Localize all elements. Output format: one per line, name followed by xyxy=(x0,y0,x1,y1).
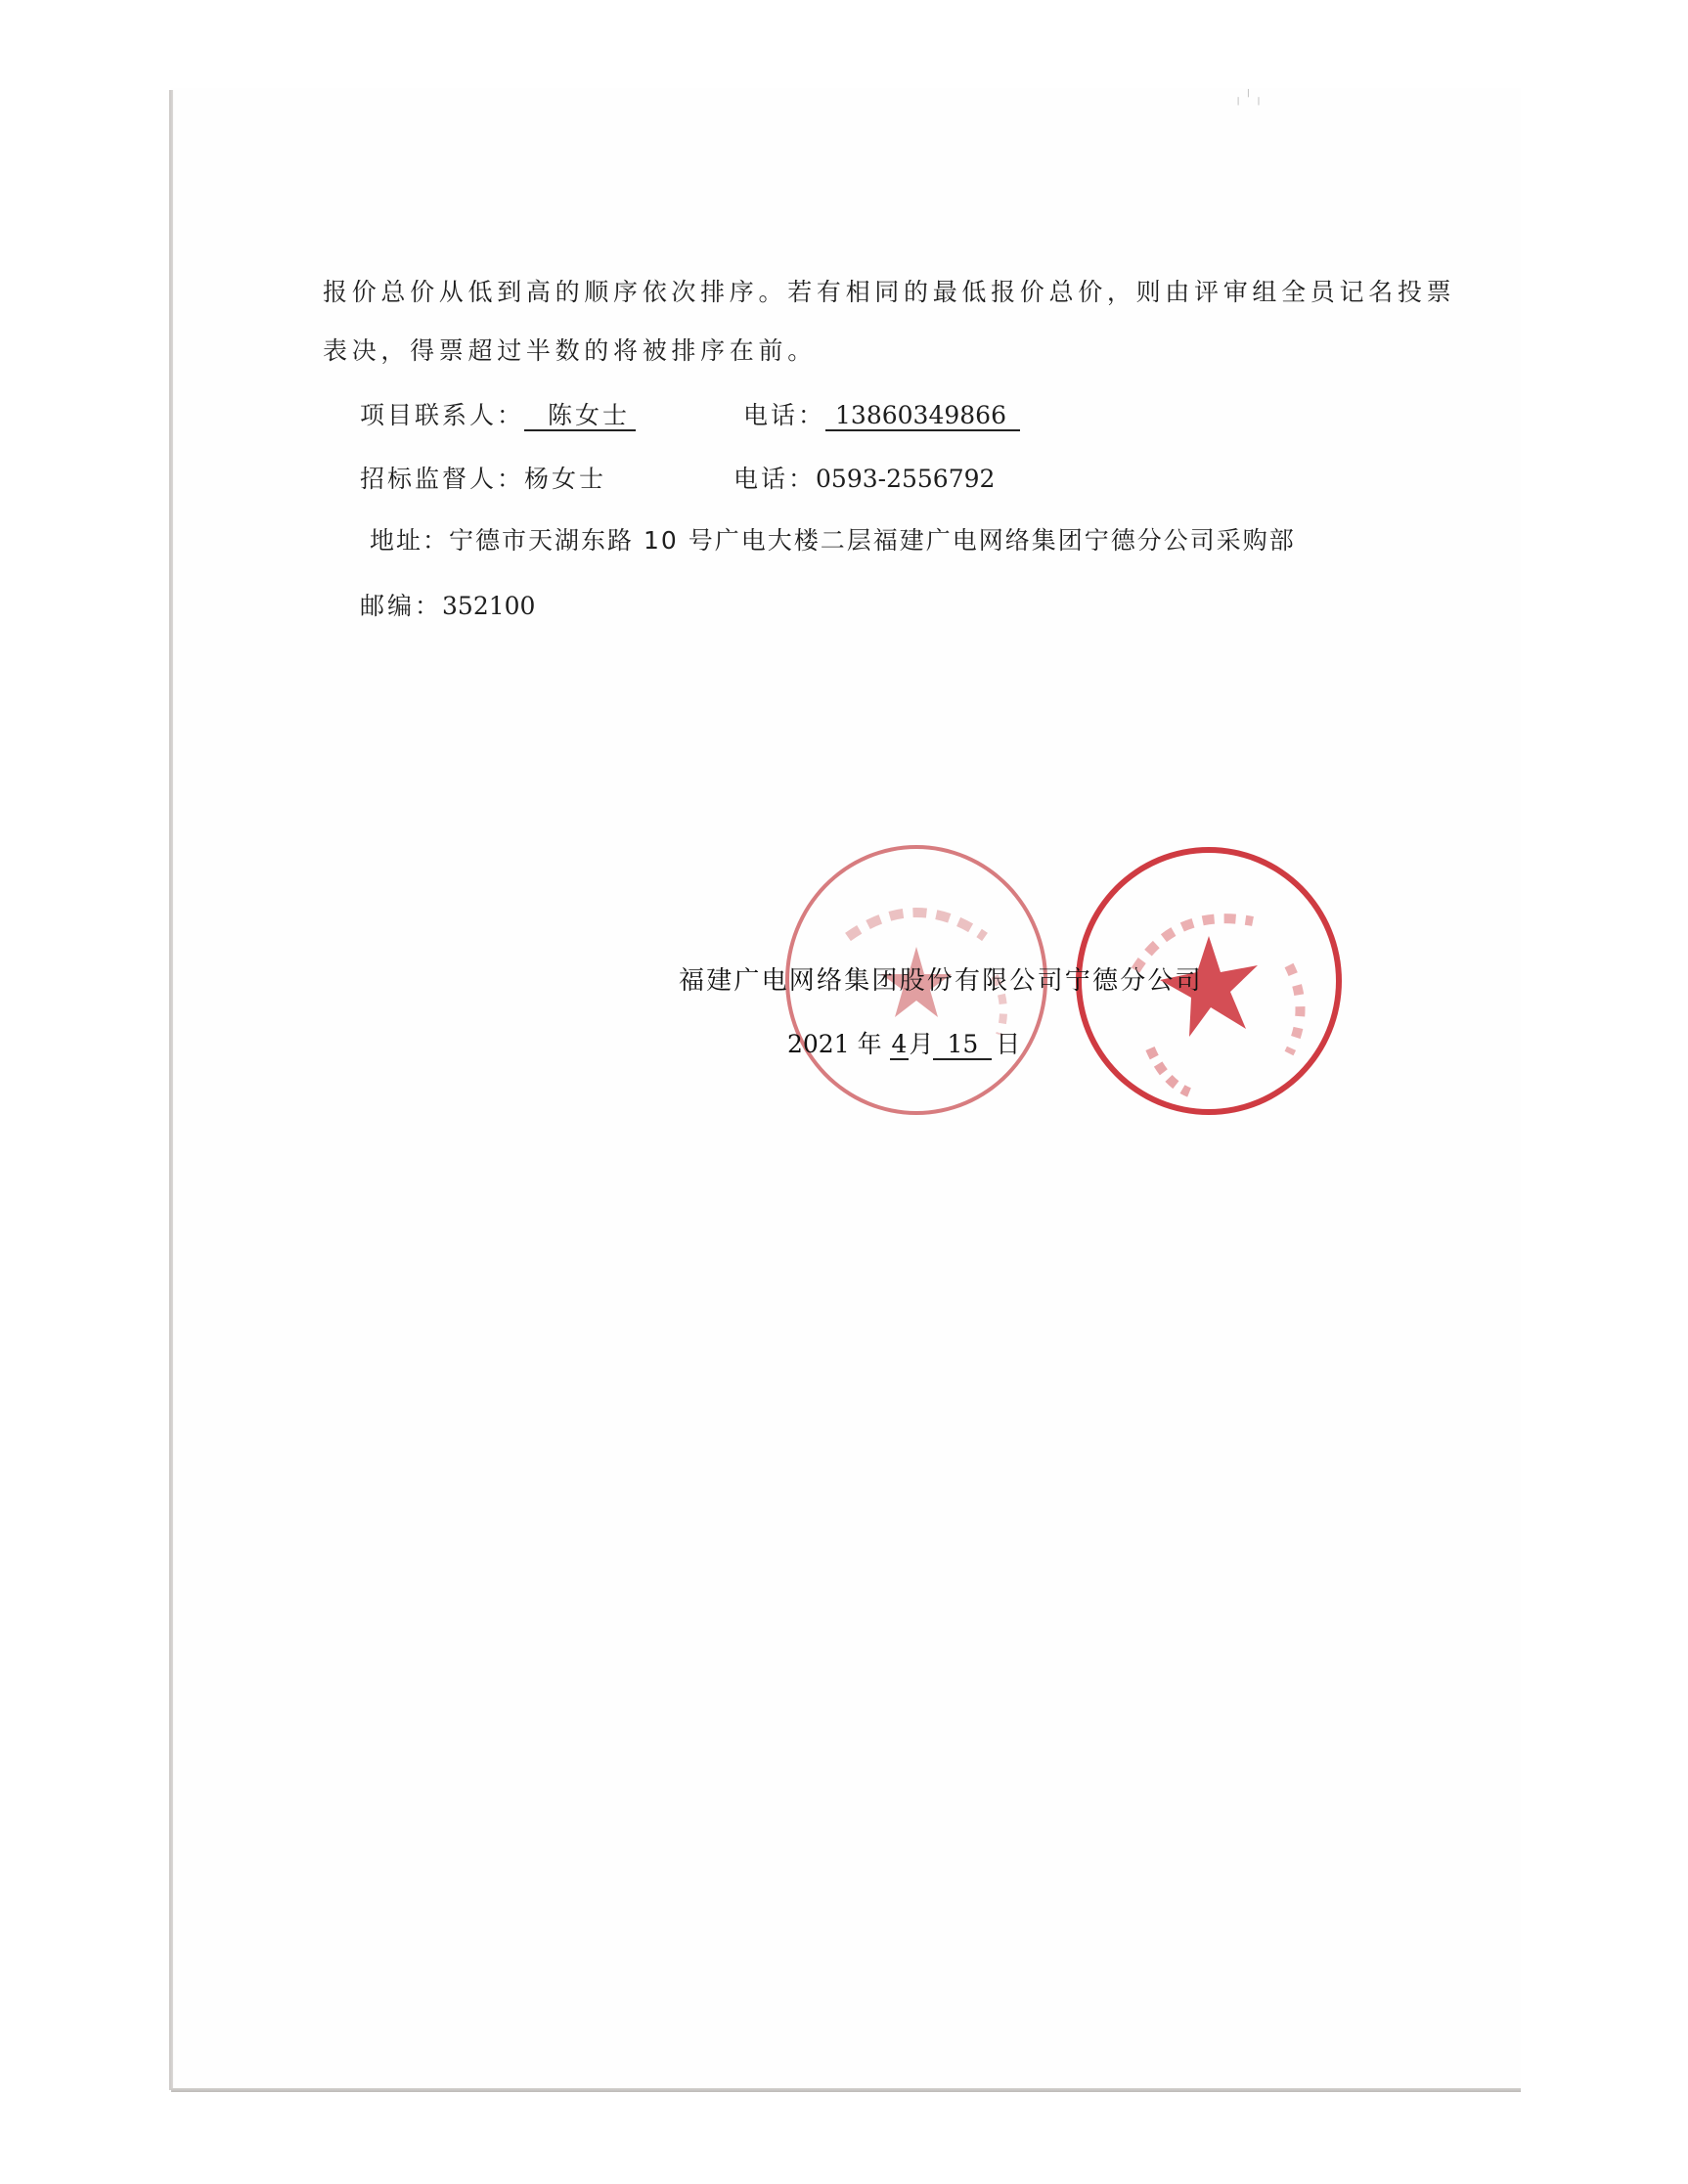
project-contact-label: 项目联系人： xyxy=(360,401,524,429)
date-day-suffix: 日 xyxy=(996,1030,1020,1058)
date-month-suffix: 月 xyxy=(909,1030,933,1058)
address-value: 宁德市天湖东路 10 号广电大楼二层福建广电网络集团宁德分公司采购部 xyxy=(449,526,1296,555)
project-contact-phone-row: 电话：13860349866 xyxy=(743,400,1020,431)
signature-date: 2021 年 4月15日 xyxy=(787,1029,1020,1060)
project-contact-phone-label: 电话： xyxy=(743,401,825,429)
date-day: 15 xyxy=(933,1031,992,1060)
postcode-label: 邮编： xyxy=(360,592,442,620)
supervisor-name: 杨女士 xyxy=(524,465,606,493)
supervisor-phone: 0593-2556792 xyxy=(816,465,995,493)
scan-artifact: ╷╵╷ xyxy=(1234,90,1254,110)
company-signature: 福建广电网络集团股份有限公司宁德分公司 xyxy=(679,965,1203,997)
paragraph-line-2: 表决，得票超过半数的将被排序在前。 xyxy=(323,335,817,367)
supervisor-phone-row: 电话：0593-2556792 xyxy=(733,464,995,495)
supervisor-phone-label: 电话： xyxy=(733,465,816,493)
paragraph-line-1: 报价总价从低到高的顺序依次排序。若有相同的最低报价总价，则由评审组全员记名投票 xyxy=(323,277,1455,308)
address-row: 地址：宁德市天湖东路 10 号广电大楼二层福建广电网络集团宁德分公司采购部 xyxy=(370,525,1296,557)
page-edge-left xyxy=(169,90,173,2090)
date-year-suffix: 年 xyxy=(858,1030,882,1058)
project-contact-name: 陈女士 xyxy=(524,402,636,431)
postcode-value: 352100 xyxy=(442,592,535,620)
postcode-row: 邮编：352100 xyxy=(360,591,535,622)
date-month: 4 xyxy=(890,1031,910,1060)
supervisor-label: 招标监督人： xyxy=(360,465,524,493)
date-year: 2021 xyxy=(787,1030,850,1058)
project-contact-row: 项目联系人：陈女士 xyxy=(360,400,636,431)
page-edge-bottom xyxy=(171,2088,1521,2092)
project-contact-phone: 13860349866 xyxy=(825,402,1020,431)
supervisor-row: 招标监督人：杨女士 xyxy=(360,464,606,495)
address-label: 地址： xyxy=(370,526,449,555)
